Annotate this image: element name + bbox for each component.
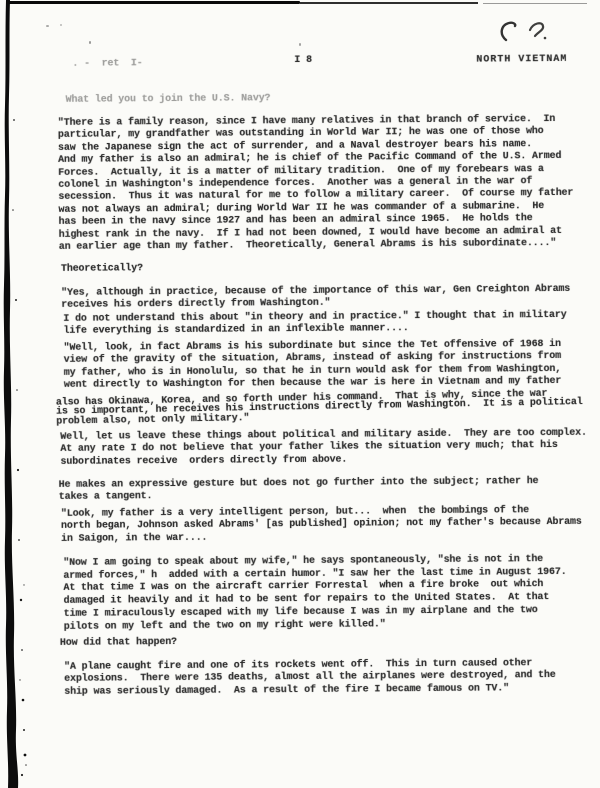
paragraph-answer-plane-fire: "A plane caught fire and one of its rock…: [64, 658, 556, 699]
paragraph-answer-tet-offensive-2: also has Okinawa, Korea, and so forth un…: [56, 389, 583, 427]
page-number: I 8: [294, 55, 312, 68]
paragraph-answer-tet-offensive-1: "Well, look, in fact Abrams is his subor…: [64, 339, 562, 393]
paragraph-question-navy: What led you to join the U.S. Navy?: [66, 93, 271, 107]
header-left-mark: . - ret I-: [72, 58, 142, 71]
paragraph-answer-wife-forrestal: "Now I am going to speak about my wife,"…: [63, 554, 567, 634]
paragraph-narration-gesture: He makes an expressive gesture but does …: [59, 476, 539, 505]
paragraph-answer-family-reason: "There is a family reason, since I have …: [58, 114, 574, 255]
paragraph-question-how-happen: How did that happen?: [60, 637, 177, 650]
scanned-document-page: . - ret I- I 8 NORTH VIETNAM What led yo…: [0, 0, 600, 788]
typewritten-text-layer: . - ret I- I 8 NORTH VIETNAM What led yo…: [0, 0, 600, 788]
paragraph-comment-theory-practice: I do not understand this about "in theor…: [63, 310, 566, 339]
header-region-label: NORTH VIETNAM: [476, 54, 567, 67]
paragraph-comment-leave-aside: Well, let us leave these things about po…: [60, 428, 587, 469]
paragraph-question-theoretically: Theoretically?: [61, 263, 143, 276]
paragraph-answer-father-intelligent: "Look, my father is a very intelligent p…: [61, 505, 582, 546]
paragraph-answer-abrams-orders: "Yes, although in practice, because of t…: [61, 284, 570, 313]
